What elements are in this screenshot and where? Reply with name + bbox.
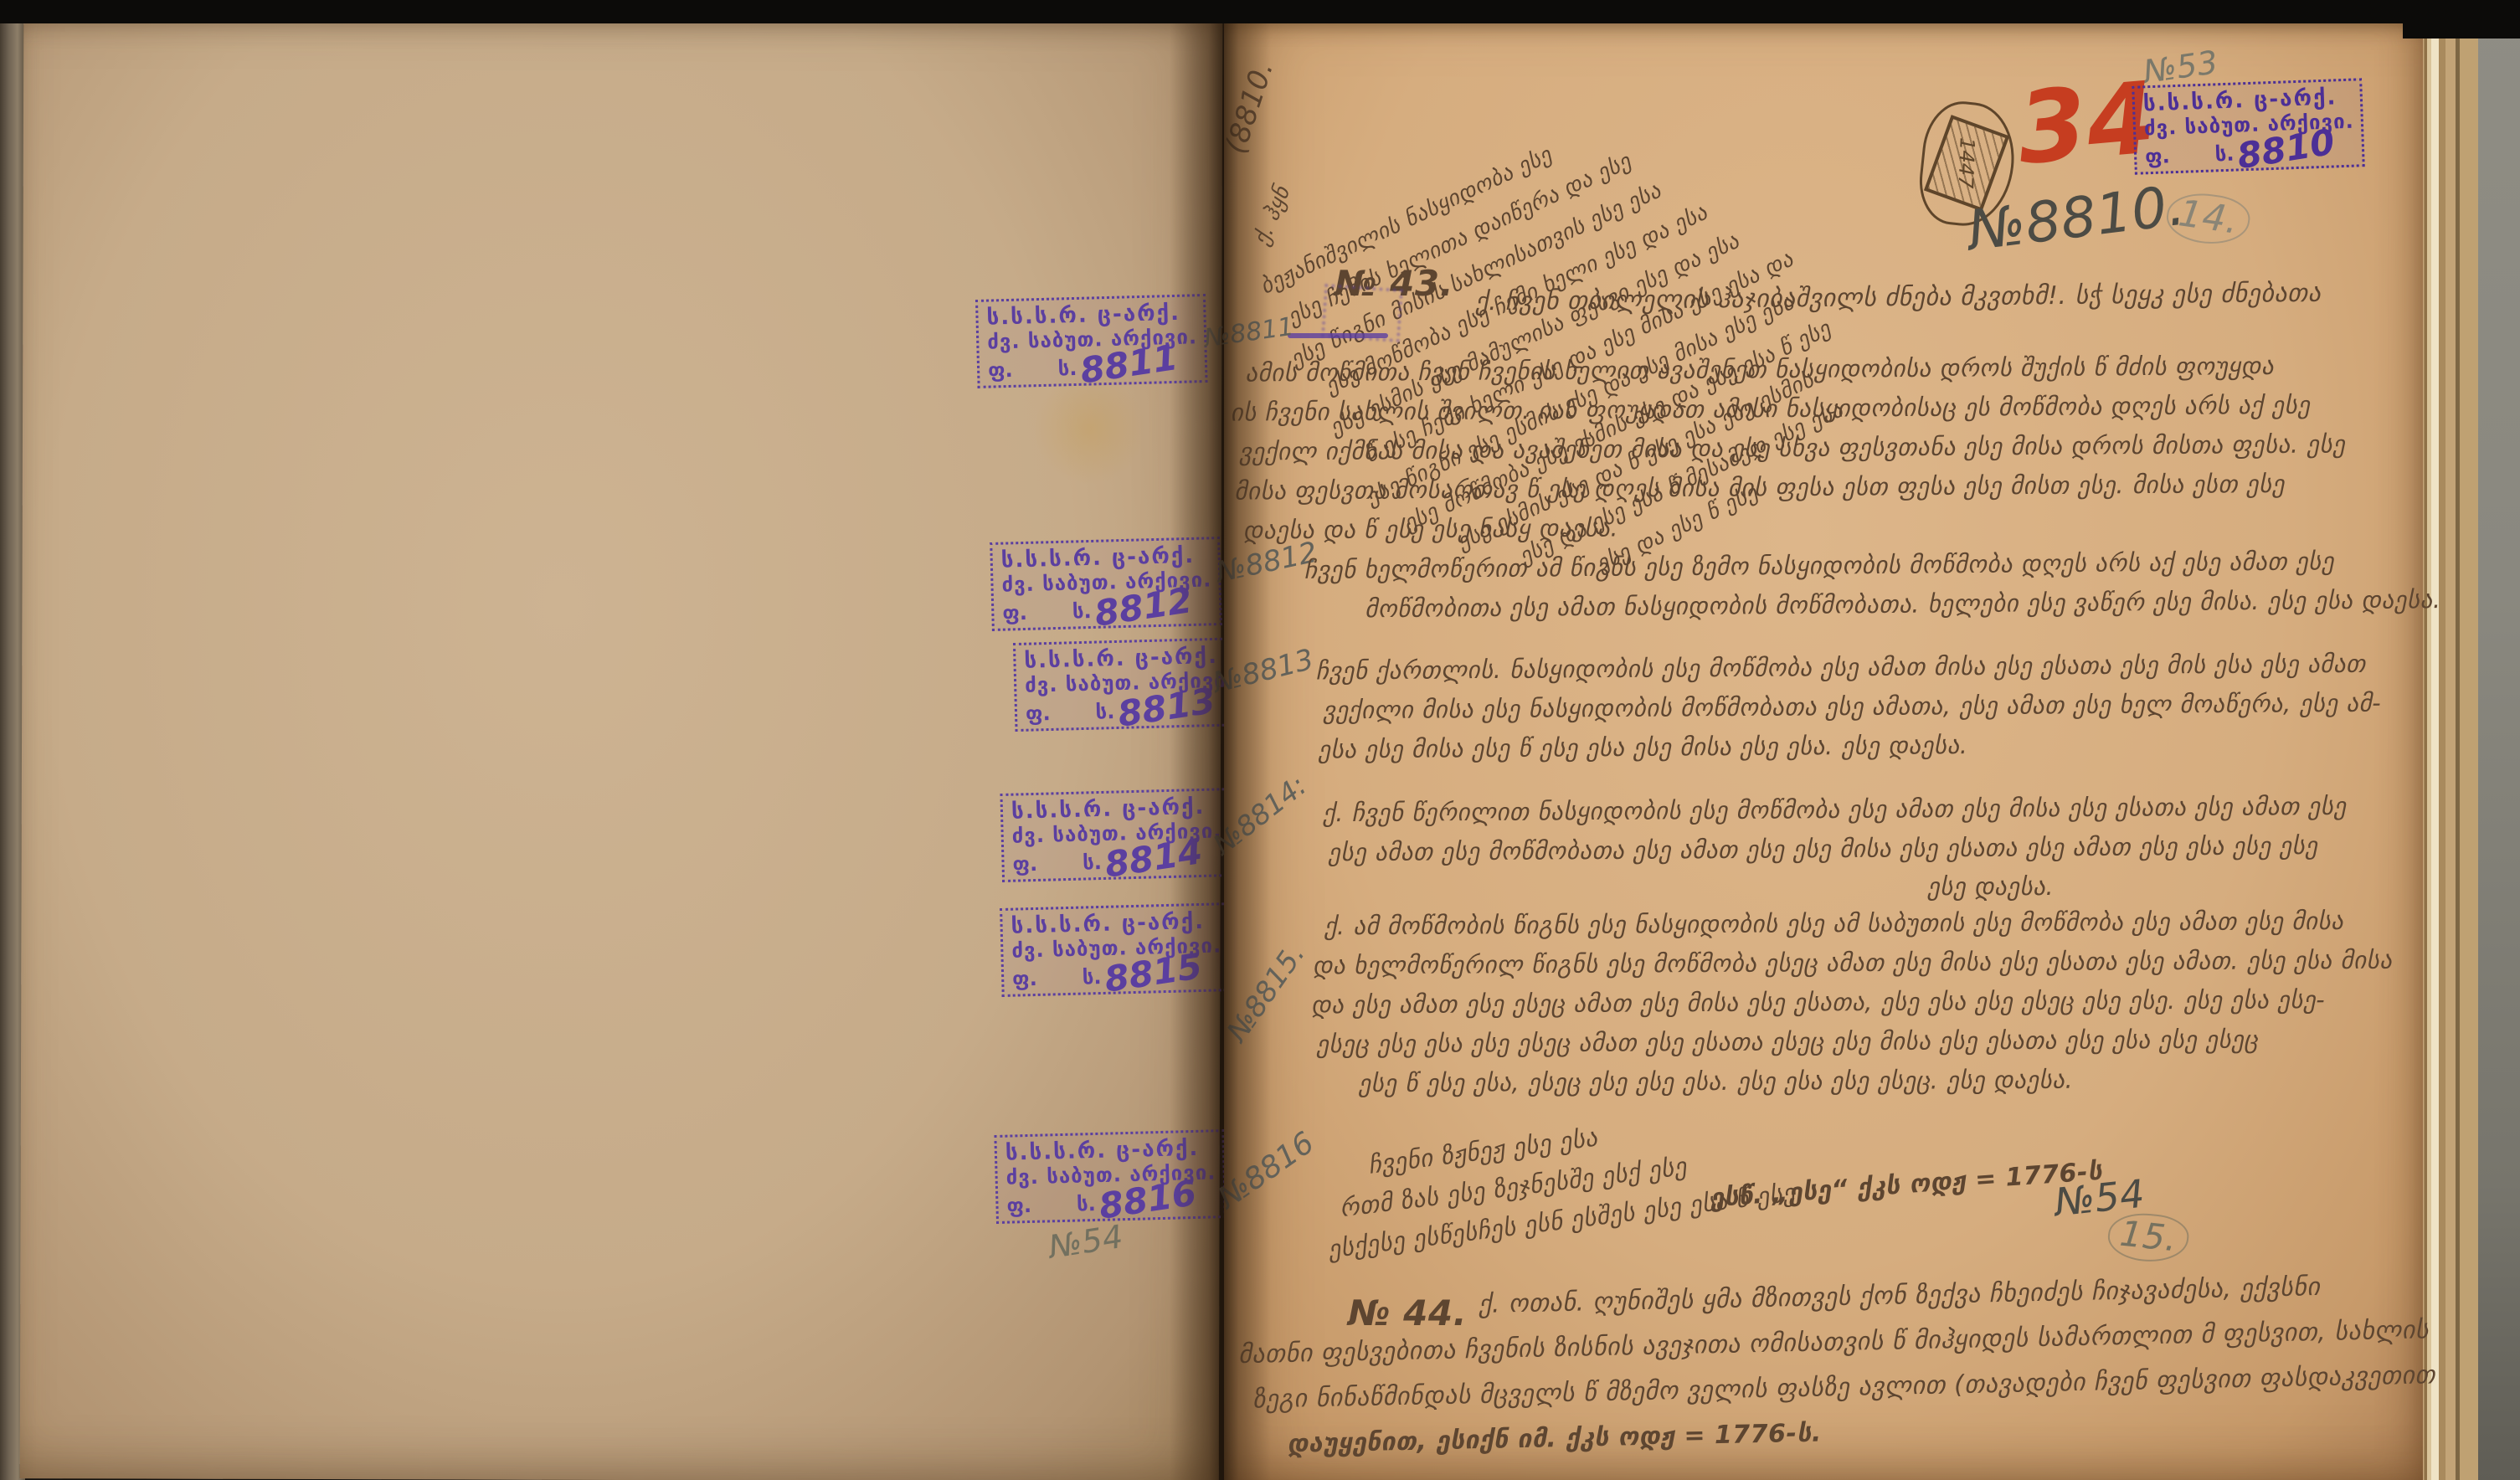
entry-8816-paragraph: ჩვენი ზჟნეჟ ესე ესა რთმ ზას ესე ზეჯნესშე… — [1333, 1095, 1797, 1267]
stamp-number: 8810 — [2235, 127, 2337, 171]
stamp-fond-label: ფ. — [2145, 144, 2171, 168]
book-gutter — [1170, 18, 1271, 1480]
hw-line: ესე წ ესე ესა, ესეც ესე ესე ესა. ესე ესა… — [1358, 1059, 2393, 1103]
pencil-number-54-left: №54 — [1047, 1218, 1126, 1266]
left-page: ს.ს.ს.რ. ც-არქ. ძვ. საბუთ. არქივი. ფ.ს.8… — [20, 17, 1223, 1480]
entry-8815-paragraph: ქ. ამ მოწმობის წიგნს ესე ნასყიდობის ესე … — [1324, 902, 2393, 1104]
hw-line: ქ. ჩვენ წერილით ნასყიდობის ესე მოწმობა ე… — [1323, 787, 2347, 834]
stamp-fond-label: ფ. — [1012, 967, 1037, 991]
stamp-fond-label: ფ. — [1006, 1194, 1031, 1218]
stamp-fond-label: ფ. — [988, 358, 1013, 383]
entry-8814-paragraph: ქ. ჩვენ წერილით ნასყიდობის ესე მოწმობა ე… — [1323, 787, 2347, 873]
hw-line: ქ. ამ მოწმობის წიგნს ესე ნასყიდობის ესე … — [1324, 902, 2392, 947]
manuscript-scan: ს.ს.ს.რ. ც-არქ. ძვ. საბუთ. არქივი. ფ.ს.8… — [0, 0, 2520, 1480]
entry-8810-paragraph: ამის მოწმითა ჩვენ ჩვენის ხელით ავაშენეთ … — [1230, 346, 2346, 550]
entry-8812-paragraph: ჩვენ ხელმოწერით ამ წიგნს ესე ზემო ნასყიდ… — [1304, 541, 2441, 630]
hw-line: ესეც ესე ესა ესე ესეც ამათ ესე ესათა ესე… — [1316, 1020, 2393, 1065]
stamp-s-label: ს. — [1082, 965, 1101, 989]
stamp-fond-label: ფ. — [1002, 601, 1027, 625]
hw-line: ესა ესე მისა ესე წ ესე ესა ესე მისა ესე … — [1318, 723, 2382, 770]
hw-line: და ხელმოწერილ წიგნს ესე მოწმობა ესეც ამა… — [1313, 941, 2393, 986]
background-top — [0, 0, 2520, 23]
stamp-number: 8811 — [1078, 343, 1180, 386]
purple-line — [1288, 333, 1388, 338]
stamp-s-label: ს. — [1095, 700, 1114, 724]
entry-8813-paragraph: ჩვენ ქართლის. ნასყიდობის ესე მოწმობა ესე… — [1316, 645, 2382, 770]
entry-44-paragraph: ქ. ოთან. ღუნიშეს ყმა მზითვეს ქონ ზექვა ჩ… — [1237, 1262, 2436, 1468]
seal-number: 1447 — [1954, 137, 1979, 189]
stamp-s-label: ს. — [2214, 142, 2235, 167]
hw-line: და ესე ამათ ესე ესეც ამათ ესე მისა ესე ე… — [1311, 980, 2393, 1025]
hw-line: ესე ამათ ესე მოწმობათა ესე ამათ ესე ესე … — [1328, 826, 2347, 872]
stamp-s-label: ს. — [1057, 357, 1077, 381]
stamp-fond-label: ფ. — [1012, 852, 1037, 876]
stamp-s-label: ს. — [1072, 599, 1092, 624]
stamp-s-label: ს. — [1083, 850, 1102, 875]
table-surface — [2476, 0, 2520, 1480]
hw-line: მისა ფესვთა მოსართავ წ ესე დღეს მისა მის… — [1234, 464, 2346, 511]
hw-line: ვექილი მისა ესე ნასყიდობის მოწმობათა ესე… — [1323, 684, 2382, 731]
archive-stamp-8810: ს.ს.ს.რ. ც-არქ. ძვ. საბუთ. არქივი. ფ.ს.8… — [2132, 78, 2364, 175]
entry-8814-fragment: ესე დაესა. — [1927, 872, 2054, 901]
stamp-fond-label: ფ. — [1026, 701, 1051, 726]
background-top-right — [2403, 0, 2520, 39]
hw-line: მოწმობითა ესე ამათ ნასყიდობის მოწმობათა.… — [1365, 580, 2441, 629]
right-page: (8810. ქ. ჰყნ ბეჟანიშვილის ნასყიდობა ესე… — [1224, 22, 2423, 1480]
stamp-s-label: ს. — [1077, 1192, 1096, 1216]
